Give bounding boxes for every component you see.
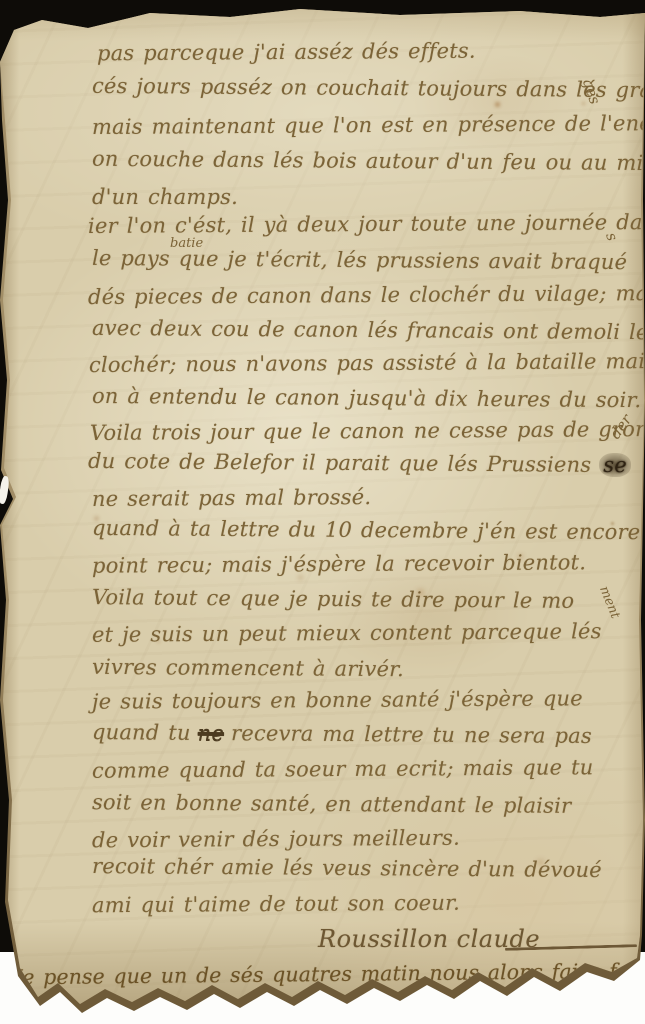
letter-line: Voila trois jour que le canon ne cesse p… <box>90 417 645 445</box>
letter-line: quand à ta lettre du 10 decembre j'én es… <box>92 516 641 544</box>
letter-line-with-blot: du cote de Belefor il parait que lés Pru… <box>88 449 631 477</box>
letter-line: dés pieces de canon dans le clochér du v… <box>88 281 645 309</box>
letter-paper: pas parceque j'ai asséz dés effets. cés … <box>0 0 645 1024</box>
paper-stain-specks <box>0 0 1 1</box>
struck-out-word: ne <box>198 721 225 745</box>
letter-line: ier l'on c'ést, il yà deux jour toute un… <box>88 210 645 238</box>
letter-line-with-strikeout: quand tunerecevra ma lettre tu ne sera p… <box>92 720 592 748</box>
letter-line: vivres commencent à arivér. <box>92 655 404 681</box>
letter-line: point recu; mais j'éspère la recevoir bi… <box>92 550 586 577</box>
letter-line: cés jours passéz on couchait toujours da… <box>92 74 645 103</box>
letter-line-text: quand tu <box>92 720 191 745</box>
letter-line: d'un champs. <box>92 185 238 209</box>
interline-insertion-word: batie <box>170 236 203 251</box>
letter-line: clochér; nous n'avons pas assisté à la b… <box>89 349 645 377</box>
left-edge-tear-notch <box>0 476 10 505</box>
letter-line: ne serait pas mal brossé. <box>92 485 371 511</box>
letter-line: de voir venir dés jours meilleurs. <box>92 826 460 853</box>
letter-line: Voila tout ce que je puis te dire pour l… <box>92 585 574 613</box>
letter-line: soit en bonne santé, en attendant le pla… <box>92 790 571 818</box>
letter-line: et je suis un peut mieux content parcequ… <box>92 619 602 647</box>
letter-line: je suis toujours en bonne santé j'éspère… <box>92 686 583 713</box>
letter-line: on couche dans lés bois autour d'un feu … <box>92 147 645 176</box>
letter-line-text: recevra ma lettre tu ne sera pas <box>231 721 592 748</box>
letter-line: on à entendu le canon jusqu'à dix heures… <box>92 384 641 412</box>
blotted-word: se <box>599 453 631 477</box>
letter-line: comme quand ta soeur ma ecrit; mais que … <box>92 755 594 783</box>
letter-line: mais maintenant que l'on est en présence… <box>92 111 645 139</box>
edge-overflow-word: ment <box>596 584 623 621</box>
letter-line-text: du cote de Belefor il parait que lés Pru… <box>88 449 591 477</box>
letter-line: pas parceque j'ai asséz dés effets. <box>97 39 476 66</box>
letter-line: avec deux cou de canon lés francais ont … <box>92 316 645 344</box>
scanned-letter-page: pas parceque j'ai asséz dés effets. cés … <box>0 0 645 1024</box>
letter-line: ami qui t'aime de tout son coeur. <box>92 891 460 918</box>
letter-line: recoit chér amie lés veus sincère d'un d… <box>92 854 602 882</box>
